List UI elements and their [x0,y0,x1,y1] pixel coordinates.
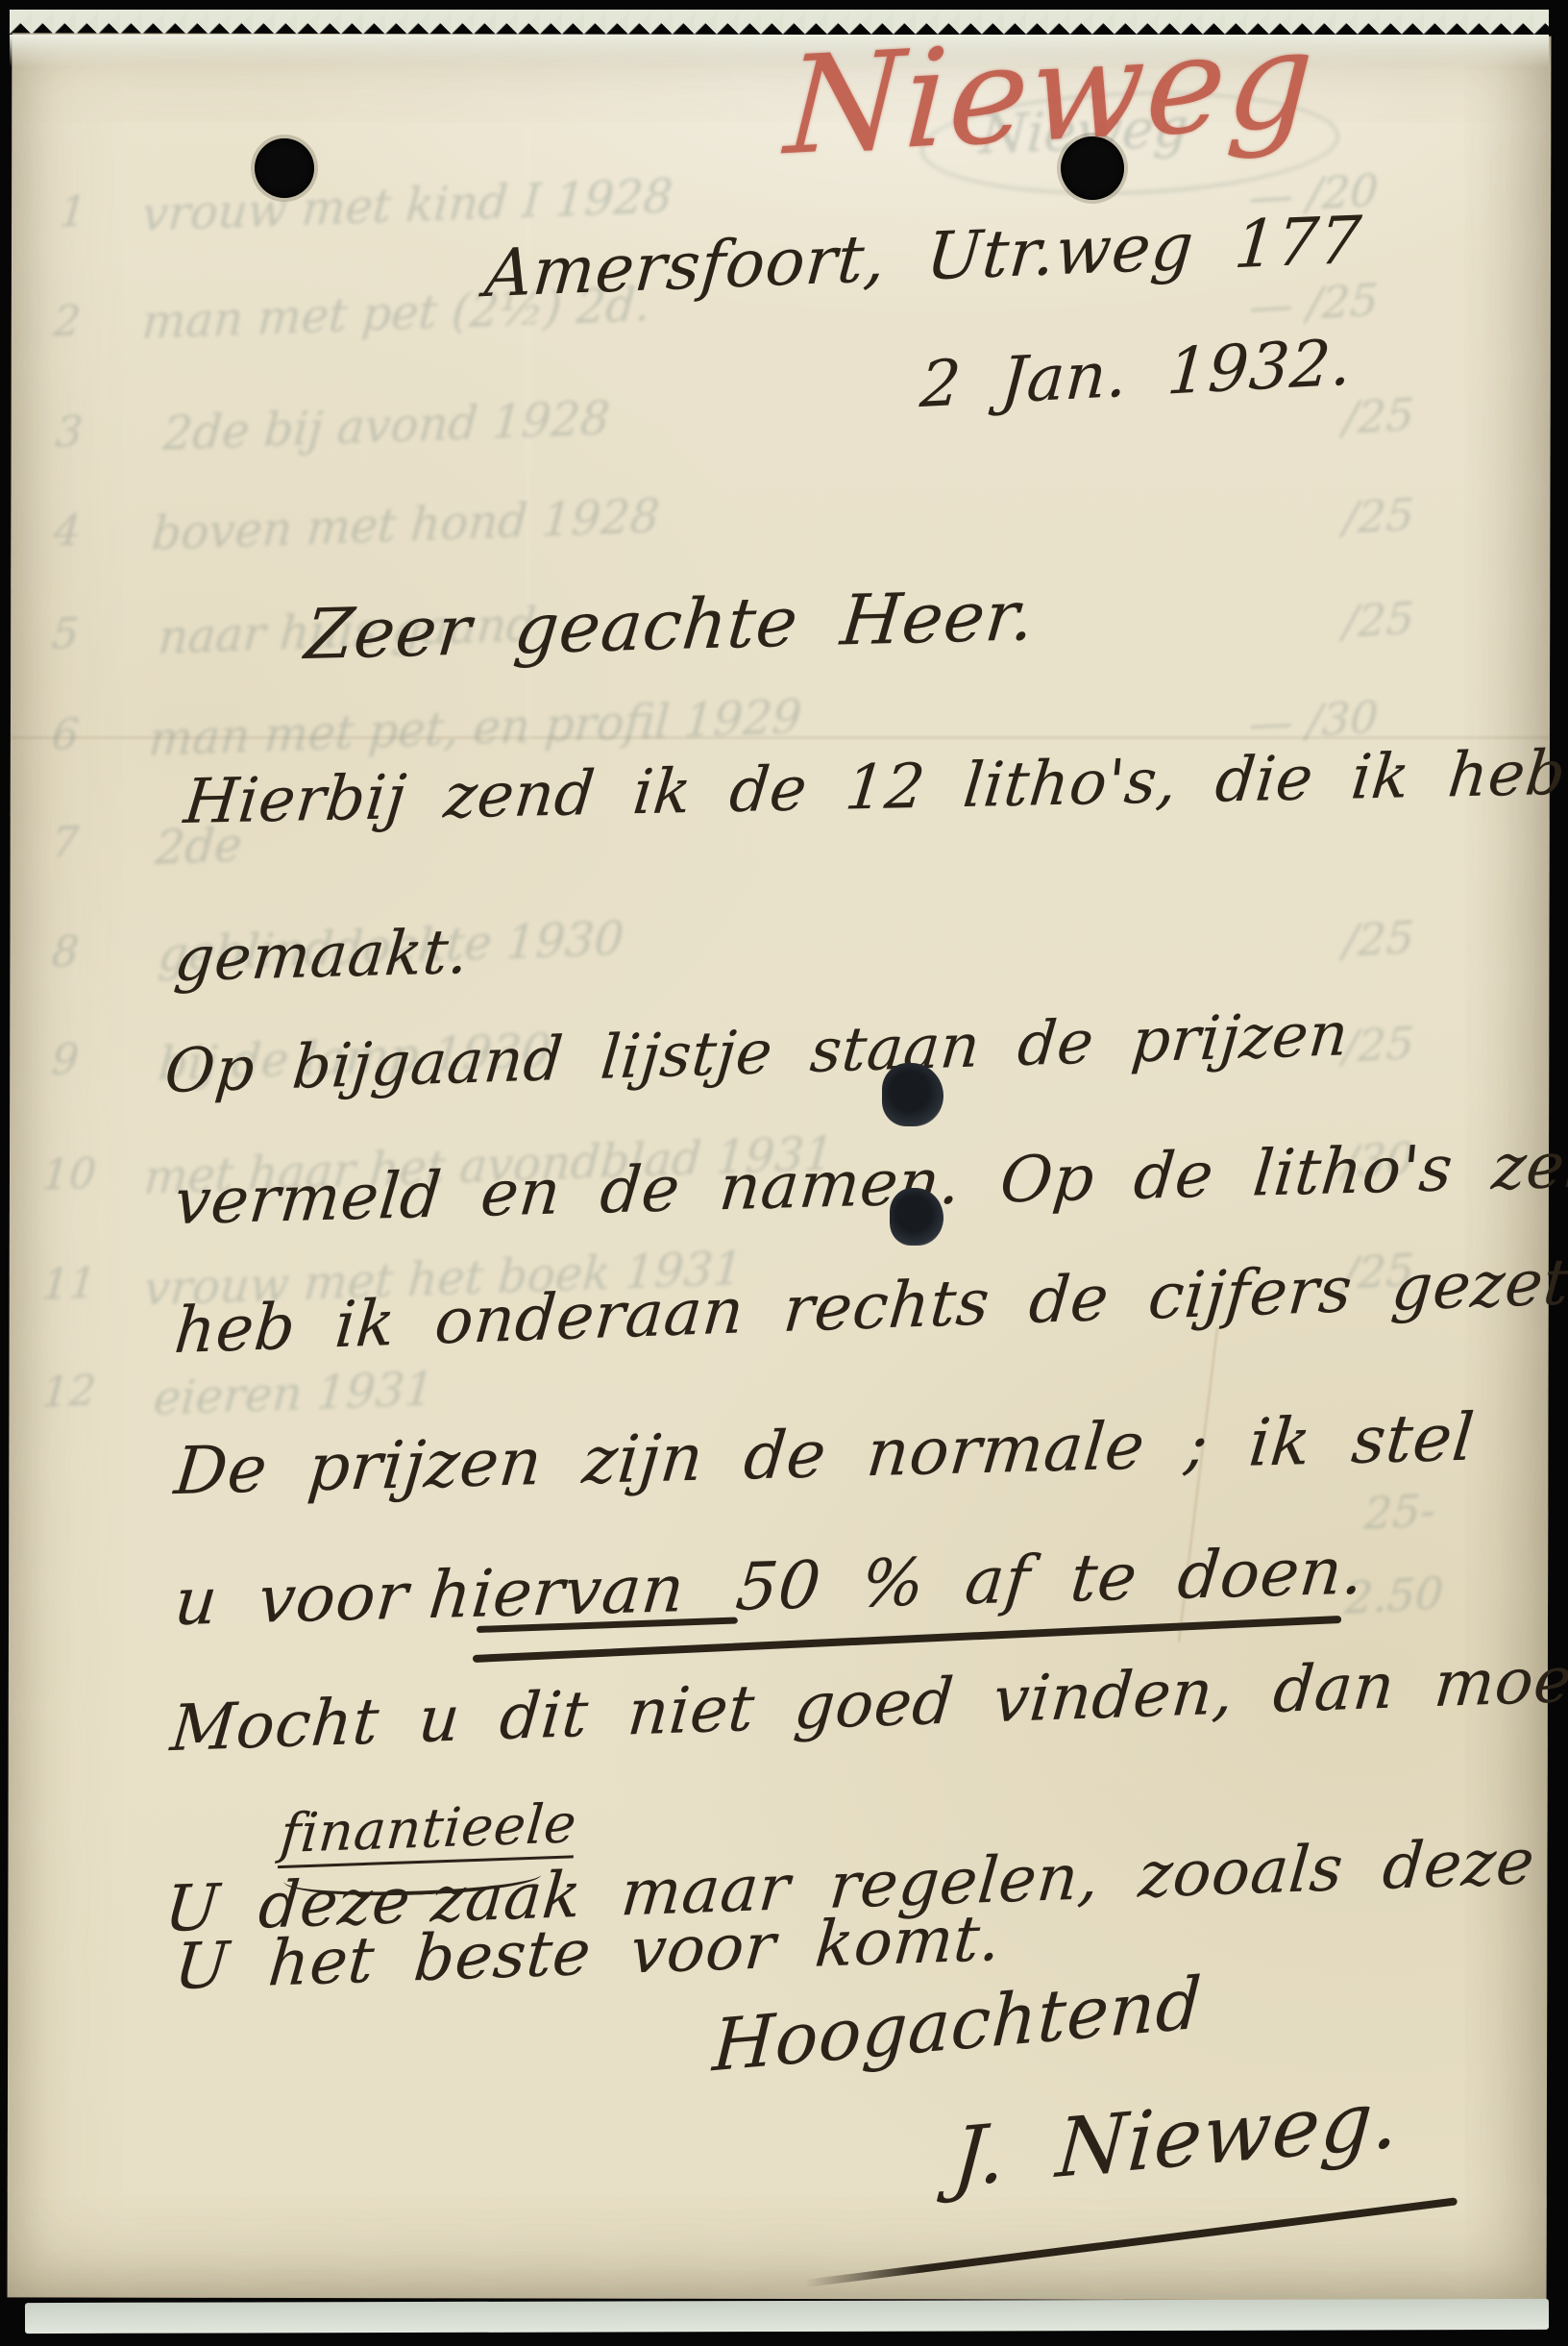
bleedthrough-text: eieren 1931 [152,1363,436,1426]
letter-scan: 1vrouw met kind I 1928— /202man met pet … [0,0,1568,2346]
spacer [405,1618,427,1618]
bleedthrough-text: 12 [40,1367,98,1418]
body-line-7-prefix: u voor [171,1559,411,1642]
bottom-sheet-edge [25,2299,1549,2334]
bleedthrough-text: 5 [50,609,81,659]
bleedthrough-text: 25- [1363,1484,1437,1540]
bleedthrough-text: 4 [52,506,83,556]
bleedthrough-text: — /30 [1248,691,1380,750]
bleedthrough-text: 7 [50,818,81,868]
bleedthrough-text: 2 [52,297,83,347]
horizontal-fold-crease [10,736,1549,739]
bleedthrough-text: 8 [50,927,81,977]
spacer [682,1610,734,1611]
bleedthrough-text: /25 [1342,911,1416,967]
bleedthrough-text: 2de bij avond 1928 [161,392,611,461]
bleedthrough-text: — /25 [1248,274,1380,333]
bleedthrough-text: 3 [54,407,85,457]
bleedthrough-text: /25 [1342,488,1416,544]
ink-blot-1 [882,1063,943,1126]
bleedthrough-text: 1 [58,187,88,237]
bleedthrough-text: 10 [40,1149,98,1200]
bleedthrough-text: boven met hond 1928 [150,489,661,561]
bleedthrough-text: 9 [50,1035,81,1085]
bleedthrough-text: /25 [1342,388,1416,444]
red-crayon-annotation: Nieweg [782,1,1319,186]
bleedthrough-text: /25 [1342,1017,1416,1073]
punch-hole-left [255,138,314,198]
body-line-2: gemaakt. [171,917,472,996]
bleedthrough-text: 6 [50,710,81,760]
ink-blot-2 [890,1188,943,1246]
bleedthrough-text: 11 [40,1259,98,1310]
bleedthrough-text: /25 [1342,592,1416,648]
